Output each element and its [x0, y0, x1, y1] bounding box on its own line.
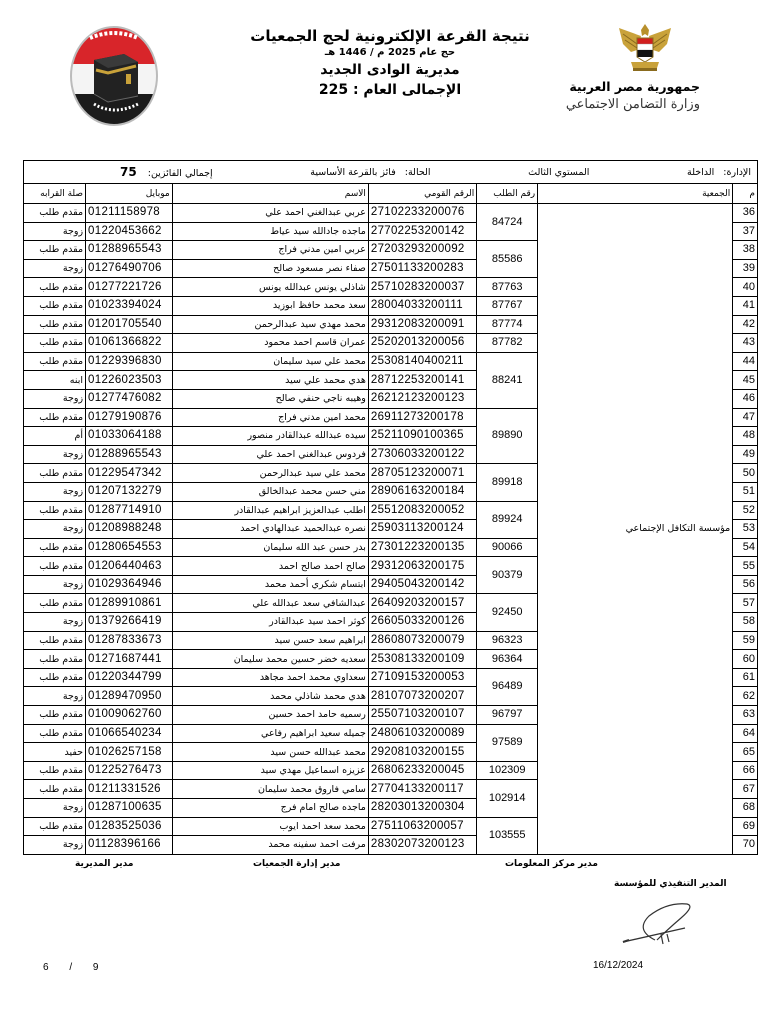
mobile-number: 01225276473 [86, 761, 173, 780]
page-title: نتيجة القرعة الإلكترونية لحج الجمعيات [250, 26, 530, 46]
national-id: 24806103200089 [368, 724, 476, 743]
national-id: 29312083200091 [368, 315, 476, 334]
col-national-id: الرقم القومي [368, 184, 476, 204]
national-id: 27306033200122 [368, 445, 476, 464]
person-name: سعديه خضر حسين محمد سليمان [172, 650, 368, 669]
row-number: 42 [733, 315, 758, 334]
row-number: 65 [733, 743, 758, 762]
person-name: سيده عبدالله عبدالقادر منصور [172, 427, 368, 446]
national-id: 25507103200107 [368, 706, 476, 725]
applicant-number: 103555 [477, 817, 538, 854]
egypt-eagle-emblem-icon [615, 22, 675, 74]
applicant-number: 87763 [477, 278, 538, 297]
person-name: سامي فاروق محمد سليمان [172, 780, 368, 799]
national-id: 27203293200092 [368, 241, 476, 260]
national-id: 26605033200126 [368, 613, 476, 632]
administration-label: الإدارة: [723, 167, 751, 178]
national-id: 26806233200045 [368, 761, 476, 780]
national-id: 26911273200178 [368, 408, 476, 427]
relation: مقدم طلب [24, 501, 86, 520]
administration: الإدارة: الداخلة [687, 167, 751, 178]
person-name: عبدالشافي سعد عبدالله علي [172, 594, 368, 613]
association-name: مؤسسة التكافل الإجتماعي [538, 204, 733, 855]
applicant-number: 96323 [477, 631, 538, 650]
relation: زوجة [24, 613, 86, 632]
national-id: 28203013200304 [368, 799, 476, 818]
mobile-number: 01211331526 [86, 780, 173, 799]
relation: مقدم طلب [24, 594, 86, 613]
col-relation: صلة القرابه [24, 184, 86, 204]
relation: زوجة [24, 259, 86, 278]
applicant-number: 96364 [477, 650, 538, 669]
person-name: هدي محمد علي سيد [172, 371, 368, 390]
relation: زوجة [24, 389, 86, 408]
mobile-number: 01289910861 [86, 594, 173, 613]
row-number: 54 [733, 538, 758, 557]
national-id: 25903113200124 [368, 520, 476, 539]
row-number: 43 [733, 334, 758, 353]
relation: مقدم طلب [24, 650, 86, 669]
mobile-number: 01379266419 [86, 613, 173, 632]
relation: زوجة [24, 445, 86, 464]
person-name: محمد سعد احمد ايوب [172, 817, 368, 836]
national-id: 27109153200053 [368, 668, 476, 687]
relation: ابنه [24, 371, 86, 390]
person-name: سعد محمد حافظ ابوزيد [172, 296, 368, 315]
relation: مقدم طلب [24, 241, 86, 260]
person-name: جميله سعيد ابراهيم رفاعي [172, 724, 368, 743]
person-name: رسميه حامد احمد حسين [172, 706, 368, 725]
row-number: 60 [733, 650, 758, 669]
person-name: عمران قاسم احمد محمود [172, 334, 368, 353]
national-id: 25308133200109 [368, 650, 476, 669]
person-name: عربي امين مدني فراج [172, 241, 368, 260]
status-value: فائز بالقرعة الأساسية [310, 167, 395, 178]
national-id: 28705123200071 [368, 464, 476, 483]
relation: مقدم طلب [24, 668, 86, 687]
mobile-number: 01277221726 [86, 278, 173, 297]
person-name: عزيزه اسماعيل مهدي سيد [172, 761, 368, 780]
person-name: ماجده صالح امام فرج [172, 799, 368, 818]
row-number: 70 [733, 836, 758, 855]
national-id: 29312063200175 [368, 557, 476, 576]
national-id: 29405043200142 [368, 575, 476, 594]
relation: مقدم طلب [24, 557, 86, 576]
person-name: ابتسام شكري أحمد محمد [172, 575, 368, 594]
national-id: 27501133200283 [368, 259, 476, 278]
relation: أم [24, 427, 86, 446]
associations-manager-label: مدير إدارة الجمعيات [253, 859, 340, 869]
national-id: 27511063200057 [368, 817, 476, 836]
relation: زوجة [24, 482, 86, 501]
mobile-number: 01287714910 [86, 501, 173, 520]
row-number: 52 [733, 501, 758, 520]
relation: زوجة [24, 799, 86, 818]
national-id: 28906163200184 [368, 482, 476, 501]
row-number: 61 [733, 668, 758, 687]
applicant-number: 102309 [477, 761, 538, 780]
relation: زوجة [24, 520, 86, 539]
relation: مقدم طلب [24, 724, 86, 743]
col-applicant-no: رقم الطلب [477, 184, 538, 204]
national-id: 25202013200056 [368, 334, 476, 353]
person-name: محمد عبدالله حسن سيد [172, 743, 368, 762]
mobile-number: 01287833673 [86, 631, 173, 650]
applicant-number: 92450 [477, 594, 538, 631]
person-name: محمد مهدي سيد عبدالرحمن [172, 315, 368, 334]
col-name: الاسم [172, 184, 368, 204]
mobile-number: 01211158978 [86, 204, 173, 223]
row-number: 45 [733, 371, 758, 390]
row-number: 58 [733, 613, 758, 632]
row-number: 69 [733, 817, 758, 836]
applicant-number: 89890 [477, 408, 538, 464]
relation: مقدم طلب [24, 352, 86, 371]
header-title-block: نتيجة القرعة الإلكترونية لحج الجمعيات حج… [250, 26, 530, 100]
row-number: 63 [733, 706, 758, 725]
row-number: 57 [733, 594, 758, 613]
row-number: 38 [733, 241, 758, 260]
national-id: 27102233200076 [368, 204, 476, 223]
row-number: 59 [733, 631, 758, 650]
person-name: نصره عبدالحميد عبدالهادي احمد [172, 520, 368, 539]
person-name: محمد امين مدني فراج [172, 408, 368, 427]
page-indicator: 6 / 9 [43, 962, 98, 973]
national-id: 28107073200207 [368, 687, 476, 706]
mobile-number: 01277476082 [86, 389, 173, 408]
mobile-number: 01026257158 [86, 743, 173, 762]
relation: زوجة [24, 836, 86, 855]
administration-value: الداخلة [687, 167, 714, 178]
row-number: 46 [733, 389, 758, 408]
applicant-number: 85586 [477, 241, 538, 278]
row-number: 39 [733, 259, 758, 278]
mobile-number: 01283525036 [86, 817, 173, 836]
relation: مقدم طلب [24, 296, 86, 315]
national-id: 28608073200079 [368, 631, 476, 650]
relation: زوجة [24, 222, 86, 241]
kaaba-emblem-icon [68, 24, 160, 128]
status: الحالة: فائز بالقرعة الأساسية [310, 167, 430, 178]
signature-scribble-icon [615, 900, 695, 950]
mobile-number: 01208988248 [86, 520, 173, 539]
national-id: 26212123200123 [368, 389, 476, 408]
mobile-number: 01229396830 [86, 352, 173, 371]
applicant-number: 90066 [477, 538, 538, 557]
person-name: بدر حسن عبد الله سليمان [172, 538, 368, 557]
mobile-number: 01287100635 [86, 799, 173, 818]
mobile-number: 01279190876 [86, 408, 173, 427]
national-id: 28302073200123 [368, 836, 476, 855]
row-number: 48 [733, 427, 758, 446]
ministry-logo: جمهورية مصر العربية وزارة التضامن الاجتم… [590, 22, 700, 134]
results-table: الإدارة: الداخلة المستوي الثالث الحالة: … [23, 160, 758, 855]
directorate-name: مديرية الوادى الجديد [250, 60, 530, 80]
page-number: 6 [43, 962, 49, 973]
table-row: 36مؤسسة التكافل الإجتماعي847242710223320… [24, 204, 758, 223]
government-name: جمهورية مصر العربية [590, 78, 700, 96]
row-number: 41 [733, 296, 758, 315]
relation: مقدم طلب [24, 817, 86, 836]
column-headers: م الجمعية رقم الطلب الرقم القومي الاسم م… [24, 184, 758, 204]
hajj-year: حج عام 2025 م / 1446 هـ [250, 46, 530, 60]
applicant-number: 87767 [477, 296, 538, 315]
applicant-number: 102914 [477, 780, 538, 817]
winners-total: إجمالي الفائزين: 75 [120, 165, 213, 179]
relation: حفيد [24, 743, 86, 762]
person-name: محمد علي سيد عبدالرحمن [172, 464, 368, 483]
person-name: هدي محمد شاذلي محمد [172, 687, 368, 706]
national-id: 29208103200155 [368, 743, 476, 762]
mobile-number: 01029364946 [86, 575, 173, 594]
mobile-number: 01280654553 [86, 538, 173, 557]
col-association: الجمعية [538, 184, 733, 204]
total-pages: 9 [93, 962, 99, 973]
executive-director-label: المدير التنفيذي للمؤسسة [614, 879, 727, 889]
row-number: 36 [733, 204, 758, 223]
row-number: 66 [733, 761, 758, 780]
mobile-number: 01009062760 [86, 706, 173, 725]
col-mobile: موبايل [86, 184, 173, 204]
grand-total: الإجمالى العام : 225 [250, 80, 530, 100]
applicant-number: 96797 [477, 706, 538, 725]
row-number: 56 [733, 575, 758, 594]
relation: مقدم طلب [24, 464, 86, 483]
info-bar: الإدارة: الداخلة المستوي الثالث الحالة: … [24, 161, 758, 184]
relation: مقدم طلب [24, 408, 86, 427]
row-number: 47 [733, 408, 758, 427]
national-id: 25710283200037 [368, 278, 476, 297]
info-center-manager-label: مدير مركز المعلومات [505, 859, 598, 869]
person-name: شاذلي يونس عبدالله يونس [172, 278, 368, 297]
mobile-number: 01220453662 [86, 222, 173, 241]
relation: مقدم طلب [24, 780, 86, 799]
winners-label: إجمالي الفائزين: [148, 168, 213, 179]
relation: مقدم طلب [24, 278, 86, 297]
mobile-number: 01066540234 [86, 724, 173, 743]
mobile-number: 01226023503 [86, 371, 173, 390]
person-name: سعداوي محمد احمد مجاهد [172, 668, 368, 687]
applicant-number: 96489 [477, 668, 538, 705]
row-number: 40 [733, 278, 758, 297]
applicant-number: 90379 [477, 557, 538, 594]
status-label: الحالة: [405, 167, 431, 178]
mobile-number: 01229547342 [86, 464, 173, 483]
mobile-number: 01207132279 [86, 482, 173, 501]
applicant-number: 87774 [477, 315, 538, 334]
person-name: اطلب عبدالعزيز ابراهيم عبدالقادر [172, 501, 368, 520]
person-name: ماجده جادالله سيد عياط [172, 222, 368, 241]
applicant-number: 89918 [477, 464, 538, 501]
person-name: صفاء نصر مسعود صالح [172, 259, 368, 278]
row-number: 51 [733, 482, 758, 501]
mobile-number: 01023394024 [86, 296, 173, 315]
person-name: مني حسن محمد عبدالخالق [172, 482, 368, 501]
mobile-number: 01128396166 [86, 836, 173, 855]
relation: مقدم طلب [24, 538, 86, 557]
row-number: 64 [733, 724, 758, 743]
level: المستوي الثالث [528, 167, 589, 178]
person-name: مرفت احمد سفينه محمد [172, 836, 368, 855]
applicant-number: 89924 [477, 501, 538, 538]
mobile-number: 01271687441 [86, 650, 173, 669]
mobile-number: 01206440463 [86, 557, 173, 576]
row-number: 50 [733, 464, 758, 483]
relation: زوجة [24, 687, 86, 706]
row-number: 37 [733, 222, 758, 241]
applicant-number: 88241 [477, 352, 538, 408]
person-name: محمد علي سيد سليمان [172, 352, 368, 371]
row-number: 44 [733, 352, 758, 371]
row-number: 67 [733, 780, 758, 799]
national-id: 25512083200052 [368, 501, 476, 520]
mobile-number: 01033064188 [86, 427, 173, 446]
person-name: كوثر احمد سيد عبدالقادر [172, 613, 368, 632]
page-separator: / [69, 962, 72, 973]
national-id: 25308140400211 [368, 352, 476, 371]
col-m: م [733, 184, 758, 204]
national-id: 28712253200141 [368, 371, 476, 390]
applicant-number: 97589 [477, 724, 538, 761]
relation: زوجة [24, 575, 86, 594]
person-name: عربي عبدالغني احمد علي [172, 204, 368, 223]
row-number: 49 [733, 445, 758, 464]
directorate-manager-label: مدير المديرية [75, 859, 133, 869]
mobile-number: 01201705540 [86, 315, 173, 334]
person-name: وهيبه ناجي حنفي صالح [172, 389, 368, 408]
mobile-number: 01288965543 [86, 445, 173, 464]
relation: مقدم طلب [24, 631, 86, 650]
winners-value: 75 [120, 165, 137, 179]
national-id: 28004033200111 [368, 296, 476, 315]
mobile-number: 01276490706 [86, 259, 173, 278]
national-id: 27704133200117 [368, 780, 476, 799]
row-number: 68 [733, 799, 758, 818]
mobile-number: 01061366822 [86, 334, 173, 353]
relation: مقدم طلب [24, 334, 86, 353]
national-id: 27301223200135 [368, 538, 476, 557]
mobile-number: 01289470950 [86, 687, 173, 706]
person-name: ابراهيم سعد حسن سيد [172, 631, 368, 650]
relation: مقدم طلب [24, 706, 86, 725]
national-id: 26409203200157 [368, 594, 476, 613]
row-number: 55 [733, 557, 758, 576]
applicant-number: 84724 [477, 204, 538, 241]
person-name: فردوس عبدالغني احمد علي [172, 445, 368, 464]
mobile-number: 01288965543 [86, 241, 173, 260]
national-id: 27702253200142 [368, 222, 476, 241]
row-number: 62 [733, 687, 758, 706]
relation: مقدم طلب [24, 761, 86, 780]
applicant-number: 87782 [477, 334, 538, 353]
person-name: صالح احمد صالح احمد [172, 557, 368, 576]
table-body: 36مؤسسة التكافل الإجتماعي847242710223320… [24, 204, 758, 855]
ministry-name: وزارة التضامن الاجتماعي [590, 96, 700, 114]
national-id: 25211090100365 [368, 427, 476, 446]
print-date: 16/12/2024 [593, 960, 643, 971]
row-number: 53 [733, 520, 758, 539]
mobile-number: 01220344799 [86, 668, 173, 687]
relation: مقدم طلب [24, 315, 86, 334]
relation: مقدم طلب [24, 204, 86, 223]
